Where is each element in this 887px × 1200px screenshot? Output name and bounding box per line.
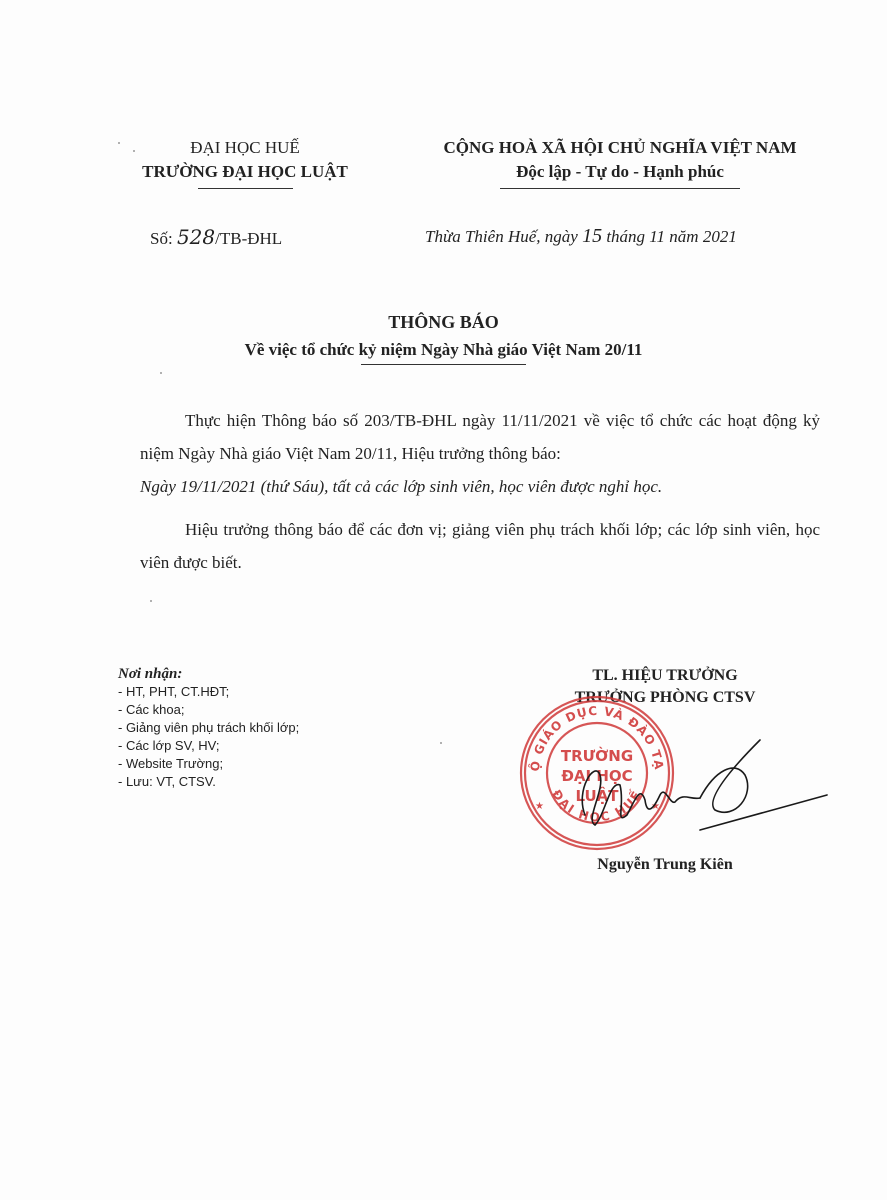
national-motto: Độc lập - Tự do - Hạnh phúc — [405, 162, 835, 182]
handwritten-number: 528 — [177, 225, 215, 249]
parent-organization: ĐẠI HỌC HUẾ — [100, 138, 390, 158]
divider — [198, 188, 293, 189]
list-item: - Giảng viên phụ trách khối lớp; — [118, 719, 299, 737]
divider — [500, 188, 740, 189]
national-header: CỘNG HOÀ XÃ HỘI CHỦ NGHĨA VIỆT NAM Độc l… — [405, 138, 835, 189]
recipients-heading: Nơi nhận: — [118, 665, 299, 683]
issuing-organization: ĐẠI HỌC HUẾ TRƯỜNG ĐẠI HỌC LUẬT — [100, 138, 390, 189]
list-item: - Các lớp SV, HV; — [118, 737, 299, 755]
list-item: - Các khoa; — [118, 701, 299, 719]
scan-speck — [118, 142, 120, 144]
list-item: - Website Trường; — [118, 755, 299, 773]
scan-speck — [160, 372, 162, 374]
paragraph-1-emphasis: Ngày 19/11/2021 (thứ Sáu), tất cả các lớ… — [140, 470, 820, 503]
nation-title: CỘNG HOÀ XÃ HỘI CHỦ NGHĨA VIỆT NAM — [405, 138, 835, 158]
scan-speck — [440, 742, 442, 744]
document-number: Số: 528/TB-ĐHL — [150, 225, 282, 249]
document-title: THÔNG BÁO — [100, 312, 787, 333]
divider — [361, 364, 526, 365]
document-subtitle: Về việc tổ chức kỷ niệm Ngày Nhà giáo Vi… — [100, 340, 787, 365]
svg-text:★: ★ — [535, 801, 544, 812]
document-body: Thực hiện Thông báo số 203/TB-ĐHL ngày 1… — [140, 404, 820, 579]
list-item: - Lưu: VT, CTSV. — [118, 773, 299, 791]
handwritten-signature-icon — [565, 730, 835, 840]
handwritten-day: 15 — [582, 225, 602, 247]
organization-name: TRƯỜNG ĐẠI HỌC LUẬT — [100, 162, 390, 182]
recipients-list: Nơi nhận: - HT, PHT, CT.HĐT; - Các khoa;… — [118, 665, 299, 791]
scan-speck — [150, 600, 152, 602]
document-date: Thừa Thiên Huế, ngày 15 tháng 11 năm 202… — [425, 225, 737, 248]
signer-name: Nguyễn Trung Kiên — [540, 856, 790, 874]
paragraph-1: Thực hiện Thông báo số 203/TB-ĐHL ngày 1… — [140, 404, 820, 470]
list-item: - HT, PHT, CT.HĐT; — [118, 683, 299, 701]
paragraph-2: Hiệu trưởng thông báo để các đơn vị; giả… — [140, 513, 820, 579]
scan-speck — [133, 150, 135, 152]
